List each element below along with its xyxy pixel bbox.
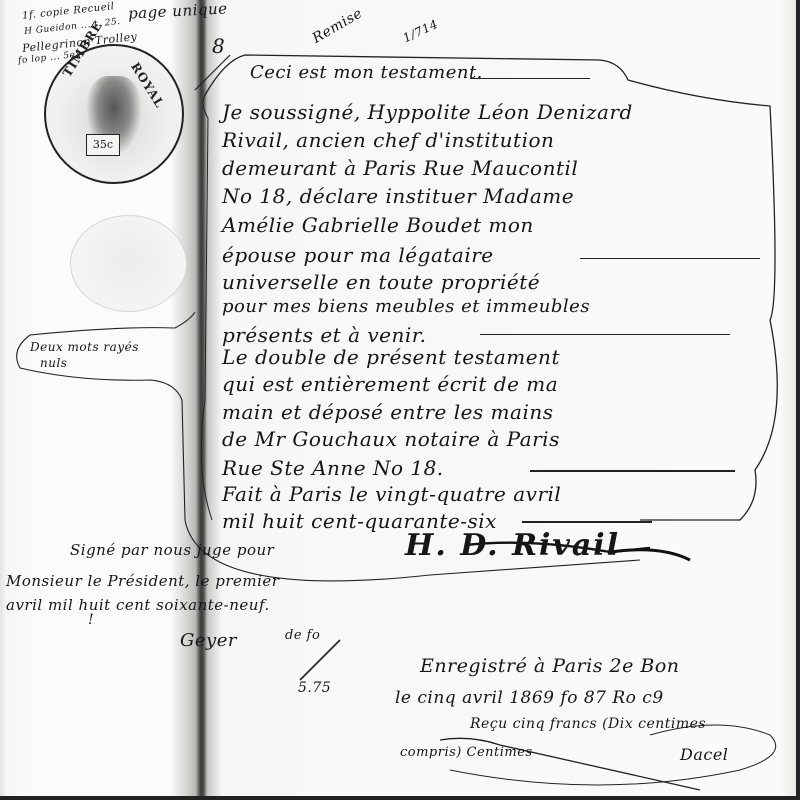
fee-note: 5.75 <box>298 680 331 696</box>
receiver-signature: Dacel <box>680 745 728 764</box>
line-6-rule <box>580 258 760 259</box>
testament-line-13: de Mr Gouchaux notaire à Paris <box>222 427 560 451</box>
judge-signature: Geyer <box>180 630 237 651</box>
certification-line-2: Monsieur le Président, le premier <box>6 572 279 590</box>
registration-line-1: Enregistré à Paris 2e Bon <box>420 655 680 677</box>
testament-line-4: No 18, déclare instituer Madame <box>222 184 574 208</box>
timbre-royal-stamp: TIMBRE ROYAL 35c <box>44 44 184 184</box>
embossed-seal <box>70 215 187 312</box>
margin-note-line-1: Deux mots rayés <box>30 340 139 354</box>
registration-line-3: Reçu cinq francs (Dix centimes <box>470 716 706 732</box>
certification-line-1: Signé par nous juge pour <box>70 541 274 559</box>
margin-note-line-2: nuls <box>40 356 67 370</box>
certification-mark: ! <box>88 612 94 628</box>
stamp-value: 35c <box>86 134 120 156</box>
testament-line-10: Le double de présent testament <box>222 345 560 369</box>
line-9-rule <box>480 334 730 335</box>
testament-line-8: pour mes biens meubles et immeubles <box>222 296 590 317</box>
certification-line-3: avril mil huit cent soixante-neuf. <box>6 596 270 614</box>
title-rule <box>470 78 590 79</box>
testament-line-11: qui est entièrement écrit de ma <box>222 372 558 396</box>
judge-reference: de fo <box>285 628 320 643</box>
registration-line-2: le cinq avril 1869 fo 87 Ro c9 <box>395 688 664 708</box>
testament-title: Ceci est mon testament. <box>250 62 483 83</box>
margin-mark: 8 <box>212 34 225 58</box>
testator-signature: H. D. Rivail <box>405 528 620 563</box>
testament-line-6: épouse pour ma légataire <box>222 243 494 267</box>
testament-line-15: Fait à Paris le vingt-quatre avril <box>222 482 561 506</box>
registration-line-4: compris) Centimes <box>400 745 533 760</box>
testament-line-9: présents et à venir. <box>222 323 426 347</box>
line-16-rule <box>522 521 652 523</box>
testament-line-7: universelle en toute propriété <box>222 270 540 294</box>
document-page: 1f. copie Recueil H Gueidon ... t. 25. P… <box>0 0 800 800</box>
testament-line-1: Je soussigné, Hyppolite Léon Denizard <box>222 100 633 124</box>
testament-line-3: demeurant à Paris Rue Maucontil <box>222 156 578 180</box>
testament-line-12: main et déposé entre les mains <box>222 400 553 424</box>
testament-line-5: Amélie Gabrielle Boudet mon <box>222 213 534 237</box>
testament-line-14: Rue Ste Anne No 18. <box>222 456 444 480</box>
testament-line-2: Rivail, ancien chef d'institution <box>222 128 554 152</box>
line-14-rule <box>530 470 735 472</box>
